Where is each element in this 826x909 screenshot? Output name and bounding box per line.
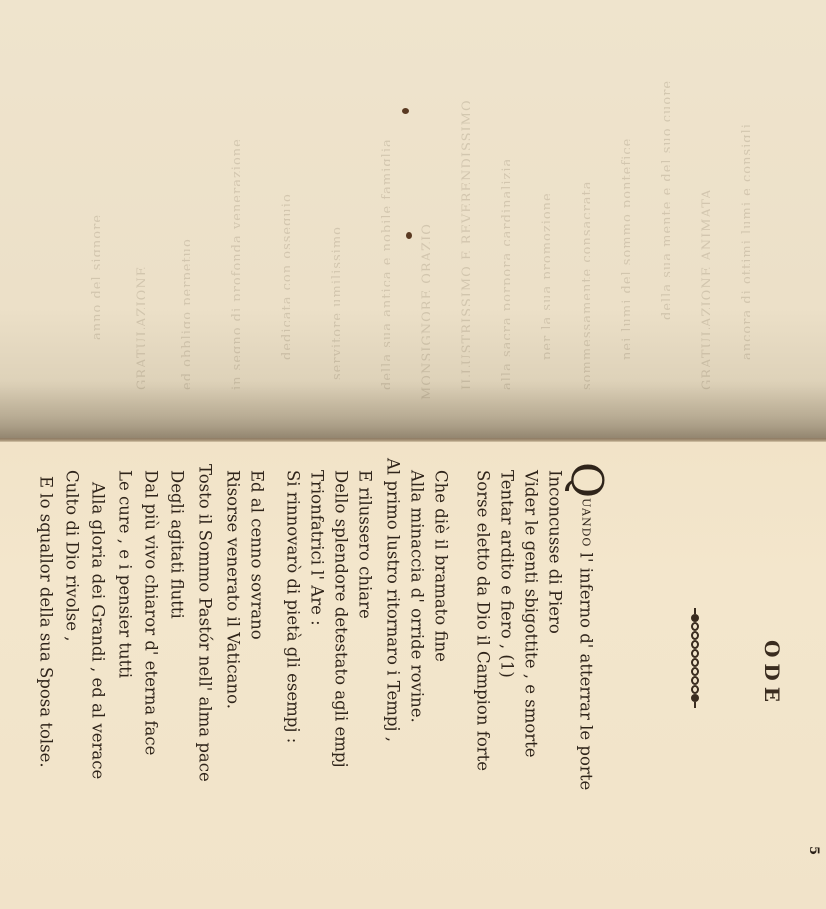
ink-stain (402, 108, 409, 114)
verse-line: Inconcusse di Piero (546, 470, 563, 634)
show-through-text: GRATULAZIONE (135, 60, 145, 390)
verse-line: Dal più vivo chiaror d' eterna face (142, 470, 159, 755)
verse-line: Vider le genti sbigottite , e smorte (522, 470, 539, 758)
verse-line: Tosto il Sommo Pastór nell' alma pace (196, 464, 213, 782)
show-through-text: ILLUSTRISSIMO E REVERENDISSIMO (460, 60, 470, 390)
show-through-text: ed obbligo perpetuo (180, 60, 190, 390)
show-through-text: servitore umilissimo (330, 60, 340, 380)
verse-line: Dello splendore detestato agli empj (332, 470, 349, 768)
show-through-text: nei lumi del sommo pontefice (620, 60, 630, 360)
verse-line: Al primo lustro ritornaro i Tempj , (384, 458, 401, 742)
verse-line: Ed al cenno sovrano (248, 470, 265, 640)
first-word-rest: UANDO (580, 498, 593, 547)
show-through-text: in segno di profonda venerazione (230, 60, 240, 390)
show-through-text: alla sacra porpora cardinalizia (500, 60, 510, 390)
chain-ornament-icon (688, 608, 702, 720)
page-curve-shadow (0, 380, 826, 440)
verse-line: Tentar ardito e fiero , (1) (498, 470, 515, 678)
verse-line: E lo squallor della sua Sposa tolse. (37, 476, 54, 768)
verse-line: Che diè il bramato fine (432, 470, 449, 662)
drop-cap: Q (561, 462, 612, 498)
verse-line: Degli agitati flutti (168, 470, 185, 619)
verse-line: Alla gloria dei Grandi , ed al verace (89, 482, 106, 779)
ink-stain (406, 232, 412, 239)
show-through-text: anno del signore (90, 60, 100, 340)
show-through-text: per la sua promozione (540, 60, 550, 360)
show-through-text: della sua antica e nobile famiglia (380, 60, 390, 390)
show-through-text: GRATULAZIONE ANIMATA (700, 60, 710, 390)
verse-line-1: QUANDO l' inferno d' atterrar le porte (566, 462, 606, 790)
upper-page: ancora di ottimi lumi e consigli GRATULA… (0, 0, 826, 440)
show-through-text: MONSIGNORE ORAZIO (420, 60, 430, 400)
show-through-text: dedicata con ossequio (280, 60, 290, 360)
show-through-text: della sua mente e del suo cuore (660, 60, 670, 320)
poem-title: ODE (760, 640, 784, 708)
show-through-text: ancora di ottimi lumi e consigli (740, 60, 750, 360)
verse-line: Si rinnovarò di pietà gli esempj : (284, 470, 301, 743)
verse-line: Trionfatrici l' Are : (308, 470, 325, 626)
verse-line: Risorse venerato il Vaticano. (224, 470, 241, 709)
verse-line: E rilussero chiare (356, 470, 373, 619)
verse-line: Sorse eletto da Dio il Campion forte (474, 470, 491, 771)
show-through-text: sommessamente consacrata (580, 60, 590, 390)
verse-line: Culto di Dio rivolse , (63, 470, 80, 642)
page-number: 5 (806, 846, 821, 855)
verse-line: Le cure , e i pensier tutti (116, 470, 133, 678)
first-line-tail: l' inferno d' atterrar le porte (577, 547, 596, 790)
verse-line: Alla minaccia d' orride rovine. (408, 470, 425, 723)
